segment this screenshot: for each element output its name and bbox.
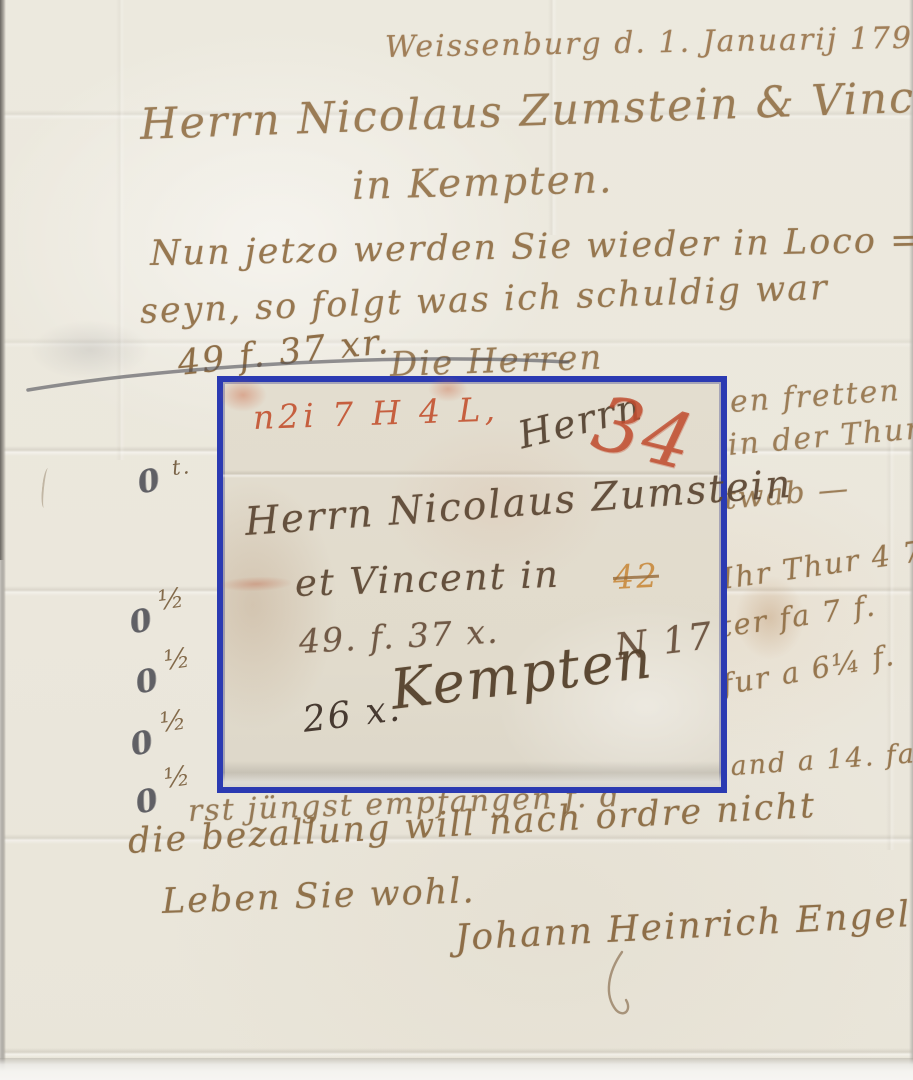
margin-note: t. [171, 454, 193, 480]
scan-edge-bottom [0, 1058, 913, 1080]
stray-ink-mark [40, 468, 52, 509]
margin-zero: 0 [134, 461, 165, 501]
letter-scan: Weissenburg d. 1. Januarij 1797. Herrn N… [0, 0, 913, 1080]
right-fragment: fur a 6¼ f. [719, 638, 898, 702]
scan-edge-left-lower [0, 560, 5, 1080]
inset-postage: 26 x. [301, 688, 404, 741]
margin-zero: 0 [127, 723, 158, 763]
right-fragment: en fretten [729, 373, 902, 420]
letter-dateline: Weissenburg d. 1. Januarij 1797. [385, 20, 913, 65]
right-fragment: ter fa 7 f. [718, 588, 879, 644]
letter-signature: Johann Heinrich Engelhard. [454, 889, 913, 959]
margin-note: ½ [162, 642, 194, 677]
signature-flourish [600, 950, 650, 1020]
letter-recipient-line1: Herrn Nicolaus Zumstein & Vincent [139, 70, 913, 150]
letter-closing-line2: Leben Sie wohl. [161, 871, 476, 922]
red-smear [221, 576, 291, 592]
margin-note: ½ [156, 582, 188, 617]
paper-crease [0, 1048, 913, 1058]
margin-zero: 0 [132, 781, 163, 821]
margin-note: ½ [158, 704, 190, 739]
envelope-bottom-shadow [223, 761, 721, 787]
right-fragment: land a 14. fat. 15. [719, 733, 913, 783]
inset-registry-mark: n2i 7 H 4 L, [252, 389, 499, 437]
letter-recipient-line2: in Kempten. [351, 157, 613, 209]
margin-zero: 0 [126, 601, 157, 641]
envelope-inset: n2i 7 H 4 L, Herrn 34 Herrn Nicolaus Zum… [217, 376, 727, 793]
inset-address-line2: et Vincent in [294, 553, 560, 605]
letter-body-line2: seyn, so folgt was ich schuldig war [139, 268, 829, 332]
letter-body-line1: Nun jetzo werden Sie wieder in Loco = [150, 221, 913, 274]
margin-zero: 0 [132, 661, 163, 701]
inset-crossed-out: 42 [612, 556, 660, 597]
margin-note: ½ [162, 760, 194, 795]
